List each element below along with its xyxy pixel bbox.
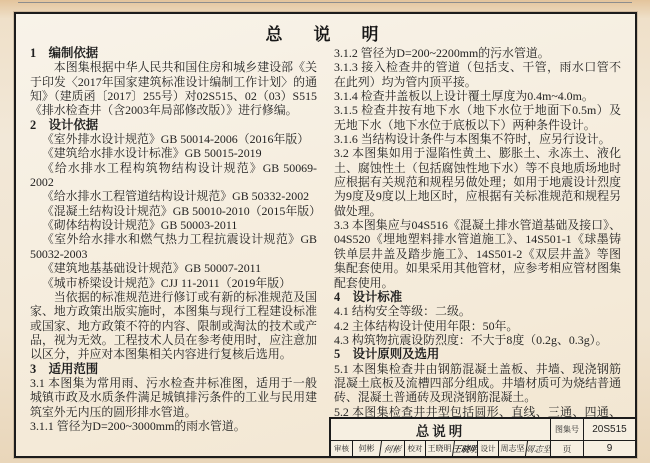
text-paragraph: 3.1.3 接入检查井的管道（包括支、干管，雨水口管不在此列）均为管内顶平接。 [334, 60, 621, 89]
text-paragraph: 《室外排水设计规范》GB 50014-2006（2016年版） [30, 132, 317, 146]
text-paragraph: 本图集根据中华人民共和国住房和城乡建设部《关于印发〈2017年国家建筑标准设计编… [30, 60, 317, 117]
body-text: 1 编制依据本图集根据中华人民共和国住房和城乡建设部《关于印发〈2017年国家建… [30, 46, 621, 448]
designer-name: 周志坚 [498, 441, 526, 456]
text-paragraph: 《给水排水工程构筑物结构设计规范》GB 50069-2002 [30, 161, 317, 190]
reviewer-label: 审核 [331, 441, 352, 456]
sheet-title: 总说明 [331, 419, 550, 440]
text-paragraph: 《建筑地基基础设计规范》GB 50007-2011 [30, 261, 317, 275]
checker-signature: 王晓明 [452, 441, 478, 456]
designer-label: 设计 [477, 441, 498, 456]
text-paragraph: 3.1.2 管径为D=200~2200mm的污水管道。 [334, 46, 621, 60]
text-paragraph: 3.1.1 管径为D=200~3000mm的雨水管道。 [30, 419, 317, 433]
title-block-row-bottom: 审核 何彬 何彬 校对 王晓明 王晓明 设计 周志坚 周志坚 页 9 [331, 440, 635, 456]
text-paragraph: 《建筑给水排水设计标准》GB 50015-2019 [30, 146, 317, 160]
page-title: 总 说 明 [16, 20, 635, 45]
text-paragraph: 3.1 本图集为常用雨、污水检查井标准图，适用于一般城镇市政及水质条件满足城镇排… [30, 376, 317, 419]
text-paragraph: 《砌体结构设计规范》GB 50003-2011 [30, 218, 317, 232]
figure-number: 20S515 [583, 419, 635, 440]
text-paragraph: 4.2 主体结构设计使用年限：50年。 [334, 319, 621, 333]
section-heading: 1 编制依据 [30, 46, 317, 60]
section-heading: 5 设计原则及选用 [334, 347, 621, 361]
right-column: 3.1.2 管径为D=200~2200mm的污水管道。3.1.3 接入检查井的管… [334, 46, 621, 448]
designer-signature: 周志坚 [525, 441, 551, 456]
reviewer-name: 何彬 [352, 441, 380, 456]
reviewer-signature: 何彬 [379, 441, 405, 456]
page-number: 9 [583, 441, 635, 456]
scanned-document-page: { "document": { "title": "总 说 明", "colum… [0, 0, 650, 463]
title-block-row-top: 总说明 图集号 20S515 [331, 419, 635, 440]
text-paragraph: 3.2 本图集如用于湿陷性黄土、膨胀土、永冻土、液化土、腐蚀性土（包括腐蚀性地下… [334, 146, 621, 218]
section-heading: 2 设计依据 [30, 118, 317, 132]
text-paragraph: 3.3 本图集应与04S516《混凝土排水管道基础及接口》、04S520《埋地塑… [334, 218, 621, 290]
text-paragraph: 《混凝土结构设计规范》GB 50010-2010（2015年版） [30, 204, 317, 218]
page-label: 页 [550, 441, 583, 456]
text-paragraph: 《室外给水排水和燃气热力工程抗震设计规范》GB 50032-2003 [30, 232, 317, 261]
left-column: 1 编制依据本图集根据中华人民共和国住房和城乡建设部《关于印发〈2017年国家建… [30, 46, 317, 448]
text-paragraph: 3.1.6 当结构设计条件与本图集不符时，应另行设计。 [334, 132, 621, 146]
text-paragraph: 5.1 本图集检查井由钢筋混凝土盖板、井墙、现浇钢筋混凝土底板及流槽四部分组成。… [334, 362, 621, 405]
checker-label: 校对 [404, 441, 425, 456]
section-heading: 3 适用范围 [30, 362, 317, 376]
figure-number-label: 图集号 [550, 419, 583, 440]
checker-name: 王晓明 [425, 441, 453, 456]
page-frame: 总 说 明 1 编制依据本图集根据中华人民共和国住房和城乡建设部《关于印发〈20… [14, 12, 637, 458]
text-paragraph: 当依据的标准规范进行修订或有新的标准规范及国家、地方政策出版实施时，本图集与现行… [30, 290, 317, 362]
text-paragraph: 《给水排水工程管道结构设计规范》GB 50332-2002 [30, 189, 317, 203]
scan-edge-line [18, 2, 632, 3]
text-paragraph: 《城市桥梁设计规范》CJJ 11-2011（2019年版） [30, 276, 317, 290]
text-paragraph: 3.1.5 检查井按有地下水（地下水位于地面下0.5m）及无地下水（地下水位于底… [334, 103, 621, 132]
text-paragraph: 4.3 构筑物抗震设防烈度：不大于8度（0.2g、0.3g）。 [334, 333, 621, 347]
text-paragraph: 3.1.4 检查井盖板以上设计覆土厚度为0.4m~4.0m。 [334, 89, 621, 103]
title-block: 总说明 图集号 20S515 审核 何彬 何彬 校对 王晓明 王晓明 设计 周志… [329, 417, 637, 458]
section-heading: 4 设计标准 [334, 290, 621, 304]
text-paragraph: 4.1 结构安全等级：二级。 [334, 304, 621, 318]
